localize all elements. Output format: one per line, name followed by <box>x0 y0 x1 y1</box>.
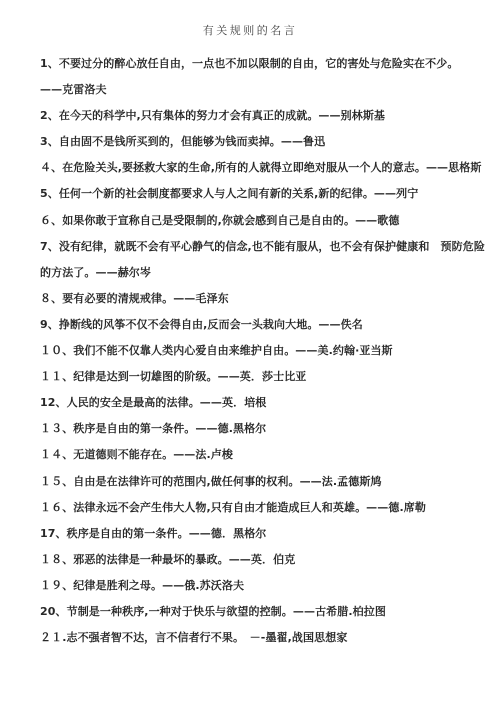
document-page: 有关规则的名言 1、不要过分的醉心放任自由，一点也不加以限制的自由，它的害处与危… <box>0 0 500 708</box>
quote-3: 3、自由固不是钱所买到的，但能够为钱而卖掉。——鲁迅 <box>0 129 500 155</box>
quote-6: ６、如果你敢于宣称自己是受限制的,你就会感到自己是自由的。——歌德 <box>0 208 500 234</box>
quote-11: １１、纪律是达到一切雄图的阶级。——英．莎士比亚 <box>0 364 500 390</box>
quote-20: 20、节制是一种秩序,一种对于快乐与欲望的控制。——古希腊.柏拉图 <box>0 599 500 625</box>
quote-4: ４、在危险关头,要拯救大家的生命,所有的人就得立即绝对服从一个人的意志。——思格… <box>0 155 500 181</box>
quote-7: 7、没有纪律，就既不会有平心静气的信念,也不能有服从，也不会有保护健康和 预防危… <box>0 234 500 260</box>
quote-12: 12、人民的安全是最高的法律。——英．培根 <box>0 390 500 416</box>
quote-17: 17、秩序是自由的第一条件。——德．黑格尔 <box>0 521 500 547</box>
quote-2: 2、在今天的科学中,只有集体的努力才会有真正的成就。——别林斯基 <box>0 103 500 129</box>
quote-14: １４、无道德则不能存在。——法.卢梭 <box>0 442 500 468</box>
quote-9: 9、挣断线的风筝不仅不会得自由,反而会一头栽向大地。——佚名 <box>0 312 500 338</box>
quote-13: １３、秩序是自由的第一条件。——德.黑格尔 <box>0 416 500 442</box>
quote-21: ２１.志不强者智不达，言不信者行不果。 －-墨翟,战国思想家 <box>0 625 500 651</box>
quote-1: 1、不要过分的醉心放任自由，一点也不加以限制的自由，它的害处与危险实在不少。 <box>0 51 500 77</box>
quote-1-attribution: ——克雷洛夫 <box>0 77 500 103</box>
quote-19: １９、纪律是胜利之母。——俄.苏沃洛夫 <box>0 573 500 599</box>
document-title: 有关规则的名言 <box>0 24 500 38</box>
document-body: 1、不要过分的醉心放任自由，一点也不加以限制的自由，它的害处与危险实在不少。 —… <box>0 51 500 651</box>
quote-5: 5、任何一个新的社会制度都要求人与人之间有新的关系,新的纪律。——列宁 <box>0 181 500 207</box>
quote-15: １５、自由是在法律许可的范围内,做任何事的权利。——法.孟德斯鸠 <box>0 469 500 495</box>
quote-18: １８、邪恶的法律是一种最坏的暴政。——英．伯克 <box>0 547 500 573</box>
quote-7-continuation: 的方法了。——赫尔岑 <box>0 260 500 286</box>
quote-8: ８、要有必要的清规戒律。——毛泽东 <box>0 286 500 312</box>
quote-16: １６、法律永远不会产生伟大人物,只有自由才能造成巨人和英雄。——德.席勒 <box>0 495 500 521</box>
quote-10: １０、我们不能不仅靠人类内心爱自由来维护自由。——美.约翰·亚当斯 <box>0 338 500 364</box>
